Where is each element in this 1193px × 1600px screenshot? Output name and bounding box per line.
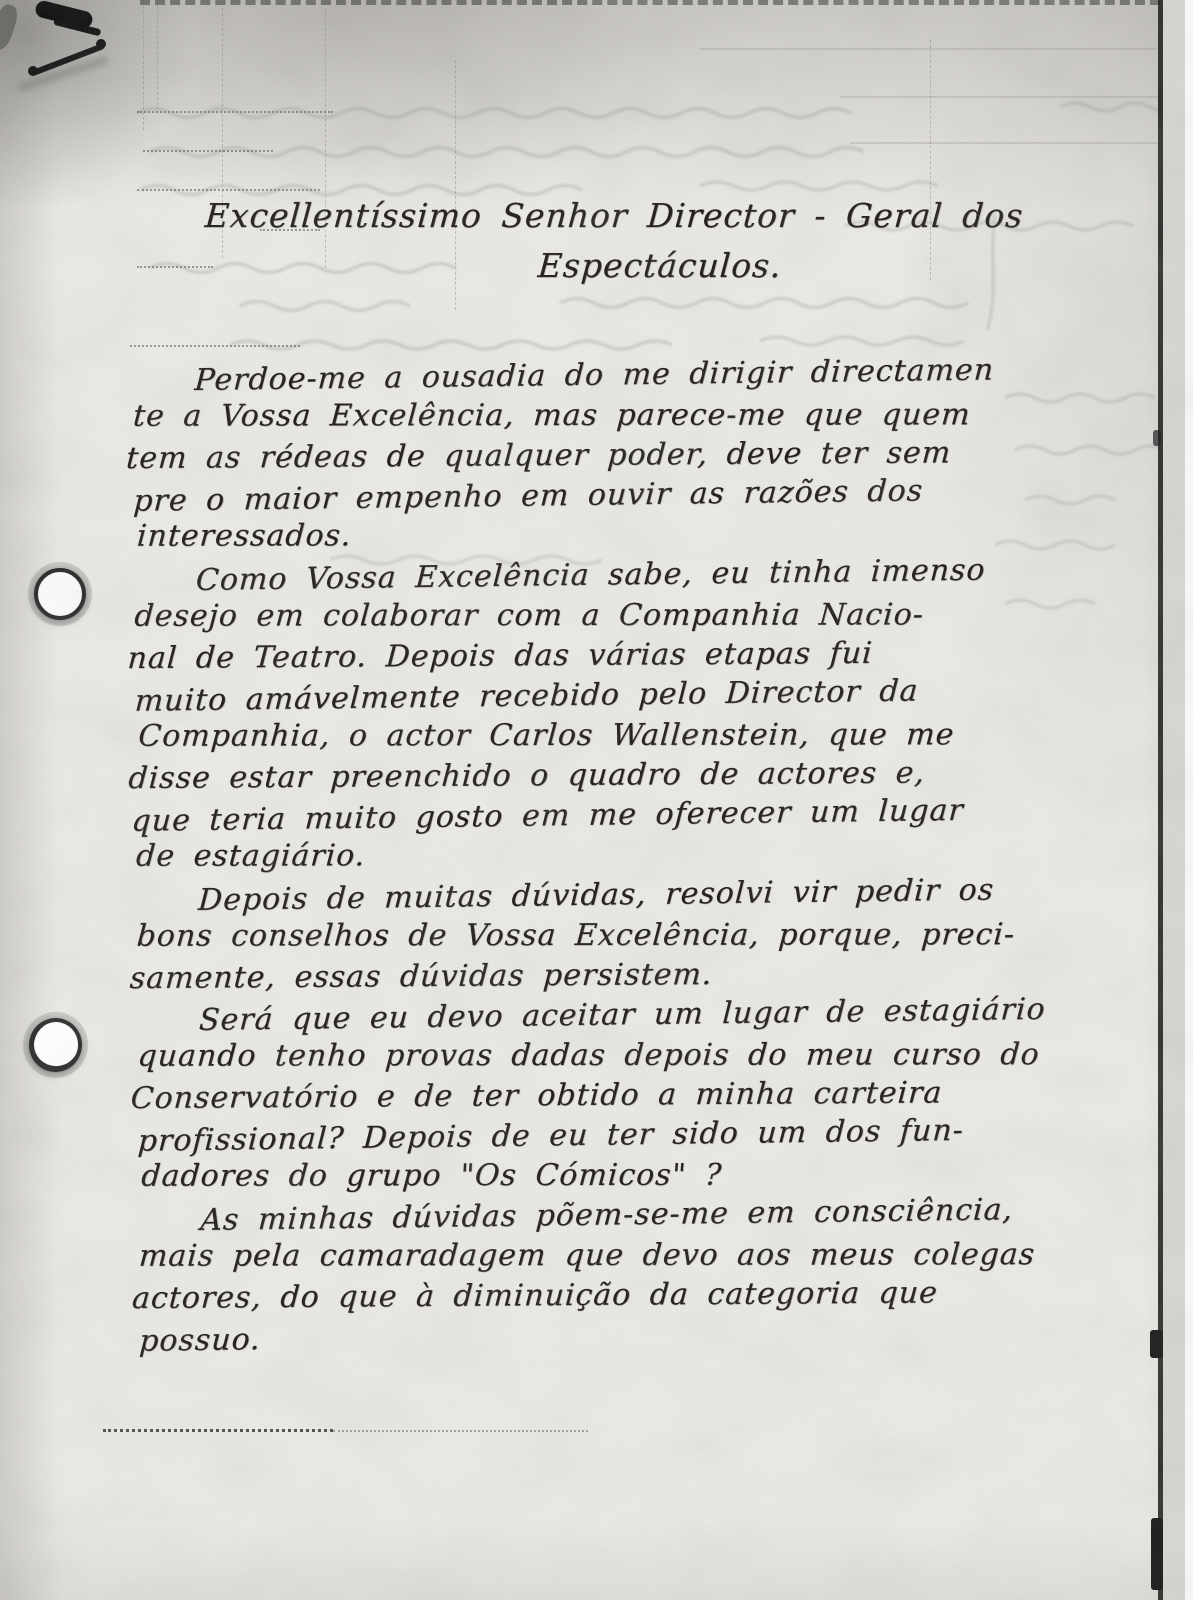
ghost-rule-line: [137, 189, 320, 191]
text-line: As minhas dúvidas põem-se-me em consciên…: [133, 1190, 1021, 1242]
ghost-rule-line: [130, 345, 300, 347]
crease-line: [143, 0, 144, 130]
paragraph-3: Depois de muitas dúvidas, resolvi vir pe…: [132, 873, 1018, 999]
paragraph-2: Como Vossa Excelência sabe, eu tinha ime…: [130, 553, 1017, 879]
scan-edge-top: [140, 0, 1160, 5]
scanned-letter-page: Excellentíssimo Senhor Director - Geral …: [0, 0, 1193, 1600]
letter-body: Perdoe-me a ousadia do me dirigir direct…: [129, 353, 1021, 1359]
text-line: Companhia, o actor Carlos Wallenstein, q…: [137, 715, 1017, 757]
text-line: de estagiário.: [135, 835, 1018, 877]
ghost-rule-line: [143, 150, 273, 152]
text-line: Perdoe-me a ousadia do me dirigir direct…: [127, 350, 1015, 402]
text-line: dadores do grupo "Os Cómicos" ?: [140, 1155, 1020, 1197]
staple-leg: [28, 66, 38, 76]
ghost-rule-line: [137, 111, 333, 113]
heading-line-1: Excellentíssimo Senhor Director - Geral …: [204, 196, 1025, 235]
text-line: Depois de muitas dúvidas, resolvi vir pe…: [131, 870, 1019, 922]
crease-line: [930, 40, 931, 280]
edge-ink-blob: [1150, 1330, 1163, 1358]
paragraph-4: Será que eu devo aceitar um lugar de est…: [133, 993, 1019, 1199]
hole-punch-bottom: [24, 1013, 87, 1077]
crease-line: [157, 0, 158, 110]
text-line: interessados.: [136, 515, 1016, 557]
scan-margin-right: [1163, 0, 1185, 1600]
crease-band: [700, 48, 1160, 50]
edge-ink-blob: [1153, 430, 1161, 446]
ink-smear-mark: [34, 0, 94, 30]
text-line: mais pela camaradagem que devo aos meus …: [138, 1235, 1021, 1277]
text-line: bons conselhos de Vossa Excelência, porq…: [135, 915, 1018, 957]
staple-leg: [96, 39, 106, 49]
scan-background-right: [1185, 0, 1193, 1600]
text-line: desejo em colaborar com a Companhia Naci…: [133, 595, 1016, 637]
paragraph-5: As minhas dúvidas põem-se-me em consciên…: [134, 1193, 1020, 1359]
corner-smudge: [0, 2, 21, 52]
ghost-rule-line: [137, 266, 213, 268]
hole-punch-top: [34, 568, 86, 620]
crease-band: [850, 142, 1160, 144]
text-line: quando tenho provas dadas depois do meu …: [136, 1035, 1019, 1077]
text-line: Como Vossa Excelência sabe, eu tinha ime…: [129, 550, 1017, 602]
edge-ink-blob: [1151, 1518, 1163, 1590]
dotted-pencil-line: [103, 1429, 333, 1432]
paragraph-1: Perdoe-me a ousadia do me dirigir direct…: [129, 353, 1015, 559]
crease-band: [840, 96, 1160, 98]
dotted-pencil-line: [333, 1430, 588, 1432]
text-line: te a Vossa Excelência, mas parece-me que…: [132, 395, 1015, 437]
crease-line: [455, 60, 456, 310]
heading-line-2: Espectáculos.: [537, 246, 783, 285]
